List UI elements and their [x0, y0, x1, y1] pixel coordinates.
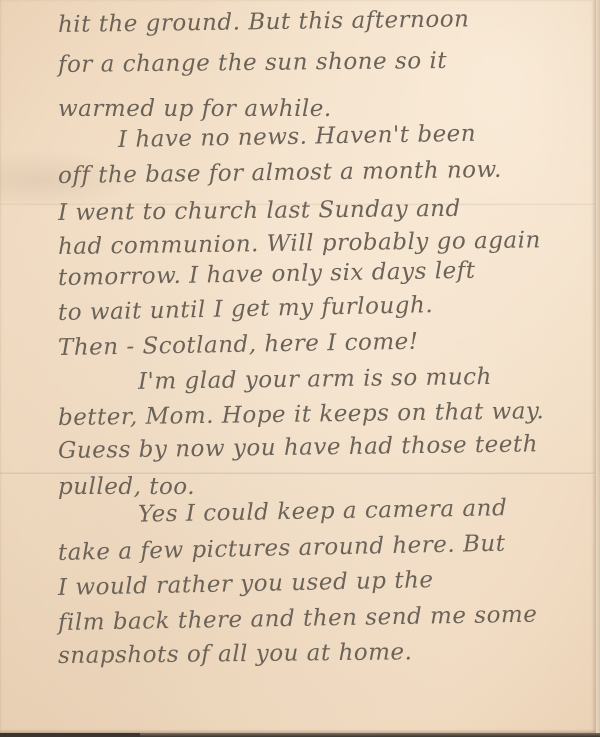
- letter-line: tomorrow. I have only six days left: [58, 258, 476, 291]
- letter-line: better, Mom. Hope it keeps on that way.: [58, 398, 545, 431]
- letter-line: I went to church last Sunday and: [58, 196, 461, 226]
- letter-line: pulled, too.: [58, 474, 195, 500]
- paper-edge-right: [596, 0, 600, 737]
- letter-line: Then - Scotland, here I come!: [58, 329, 419, 361]
- letter-line: I would rather you used up the: [58, 567, 434, 601]
- letter-line: hit the ground. But this afternoon: [58, 6, 470, 38]
- letter-line: for a change the sun shone so it: [58, 48, 447, 78]
- paper-edge-bottom: [140, 733, 600, 737]
- letter-line: take a few pictures around here. But: [58, 531, 506, 566]
- letter-line: I'm glad your arm is so much: [58, 364, 492, 396]
- letter-line: off the base for almost a month now.: [58, 157, 502, 189]
- letter-line: had communion. Will probably go again: [58, 227, 541, 260]
- letter-line: I have no news. Haven't been: [58, 121, 477, 154]
- letter-line: snapshots of all you at home.: [58, 639, 413, 669]
- letter-line: film back there and then send me some: [58, 602, 538, 636]
- letter-line: Guess by now you have had those teeth: [58, 431, 538, 464]
- letter-line: Yes I could keep a camera and: [58, 495, 508, 529]
- letter-line: warmed up for awhile.: [58, 96, 332, 122]
- letter-page: hit the ground. But this afternoon for a…: [0, 0, 596, 733]
- letter-line: to wait until I get my furlough.: [58, 292, 434, 326]
